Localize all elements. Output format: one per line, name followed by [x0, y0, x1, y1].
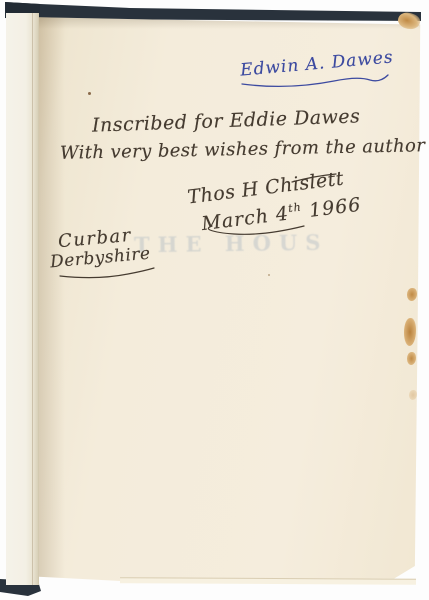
show-through-title-text: THE HOUS	[134, 230, 329, 258]
endpaper-page	[39, 15, 421, 583]
book-photograph: THE HOUS Edwin A. Dawes Inscribed for Ed…	[0, 0, 429, 600]
paper-speck	[268, 274, 270, 276]
paper-speck	[88, 92, 91, 95]
facing-page-edges	[6, 13, 39, 585]
underlying-page-edge	[120, 577, 416, 585]
